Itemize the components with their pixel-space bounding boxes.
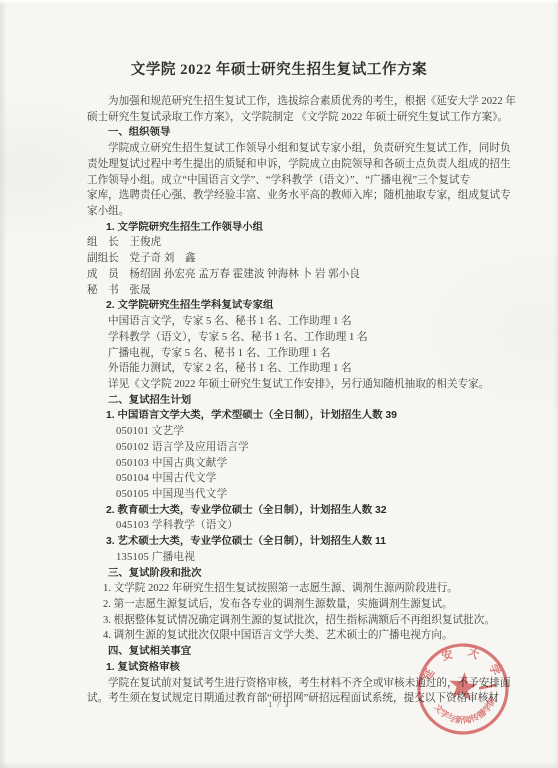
text-line: 050103 中国古典文献学 <box>87 456 473 472</box>
text-line: 学院成立研究生招生复试工作领导小组和复试专家小组，负责研究生复试工作，同时负 <box>87 141 473 157</box>
text-line: 学科教学（语文），专家 5 名、秘书 1 名、工作助理 1 名 <box>87 330 473 346</box>
text-line: 2. 第一志愿生源复试后，发布各专业的调剂生源数量，实施调剂生源复试。 <box>87 597 473 613</box>
document-title: 文学院 2022 年硕士研究生招生复试工作方案 <box>0 58 558 79</box>
text-line: 详见《文学院 2022 年硕士研究生复试工作安排》，另行通知随机抽取的相关专家。 <box>87 377 473 393</box>
text-line: 1. 文学院研究生招生工作领导小组 <box>87 220 473 236</box>
text-line: 135105 广播电视 <box>87 550 473 566</box>
text-line: 外语能力测试，专家 2 名，秘书 1 名、工作助理 1 名 <box>87 361 473 377</box>
text-line: 3. 根据整体复试情况确定调剂生源的复试批次，招生指标满额后不再组织复试批次。 <box>87 613 473 629</box>
text-line: 2. 文学院研究生招生学科复试专家组 <box>87 298 473 314</box>
text-line: 秘 书 张晟 <box>87 283 473 299</box>
text-line: 二、复试招生计划 <box>87 393 473 409</box>
text-line: 1. 中国语言文学大类，学术型硕士（全日制），计划招生人数 39 <box>87 408 473 424</box>
text-line: 副组长 党子奇 刘 鑫 <box>87 251 473 267</box>
text-line: 三、复试阶段和批次 <box>87 566 473 582</box>
text-line: 责处理复试过程中考生提出的质疑和申诉，学院成立由院领导和各硕士点负责人组成的招生 <box>87 157 473 173</box>
text-line: 一、组织领导 <box>87 125 473 141</box>
text-line: 050101 文艺学 <box>87 424 473 440</box>
text-line: 家库，选聘责任心强、教学经验丰富、业务水平高的教师入库；随机抽取专家，组成复试专 <box>87 188 473 204</box>
text-line: 广播电视，专家 5 名、秘书 1 名、工作助理 1 名 <box>87 346 473 362</box>
text-line: 中国语言文学，专家 5 名、秘书 1 名、工作助理 1 名 <box>87 314 473 330</box>
text-line: 家小组。 <box>87 204 473 220</box>
text-line: 050102 语言学及应用语言学 <box>87 440 473 456</box>
text-line: 组 长 王俊虎 <box>87 235 473 251</box>
document-body: 为加强和规范研究生招生复试工作，选拔综合素质优秀的考生，根据《延安大学 2022… <box>87 94 473 707</box>
document-page: 文学院 2022 年硕士研究生招生复试工作方案 为加强和规范研究生招生复试工作，… <box>0 0 558 768</box>
text-line: 2. 教育硕士大类，专业学位硕士（全日制），计划招生人数 32 <box>87 503 473 519</box>
text-line: 1. 文学院 2022 年研究生招生复试按照第一志愿生源、调剂生源两阶段进行。 <box>87 581 473 597</box>
text-line: 045103 学科教学（语文） <box>87 518 473 534</box>
seal-dash <box>479 685 496 688</box>
text-line: 成 员 杨绍固 孙宏亮 孟万春 霍建波 钟海林 卜 岩 郭小良 <box>87 267 473 283</box>
seal-star-icon <box>449 671 479 702</box>
text-line: 3. 艺术硕士大类，专业学位硕士（全日制），计划招生人数 11 <box>87 534 473 550</box>
text-line: 为加强和规范研究生招生复试工作，选拔综合素质优秀的考生，根据《延安大学 2022… <box>87 94 473 110</box>
text-line: 硕士研究生复试录取工作方案》，文学院制定 《文学院 2022 年硕士研究生复试工… <box>87 110 473 126</box>
text-line: 050104 中国古代文学 <box>87 471 473 487</box>
text-line: 工作领导小组。成立“中国语言文学”、“学科教学（语文）”、“广播电视”三个复试专 <box>87 173 473 189</box>
text-line: 050105 中国现当代文学 <box>87 487 473 503</box>
official-seal: 延安大学 文学与新闻传播学院 <box>404 633 522 744</box>
